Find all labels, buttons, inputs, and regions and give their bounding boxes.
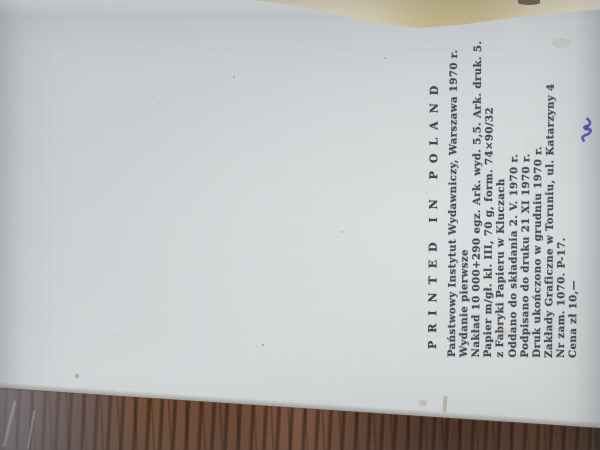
paper-speck (152, 96, 153, 97)
stain (75, 374, 79, 378)
table-gap-notch (518, 0, 540, 5)
colophon-text-block: PRINTED IN POLANDPaństwowy Instytut Wyda… (427, 45, 585, 358)
paper-speck (384, 57, 386, 59)
printed-in-poland-line: PRINTED IN POLAND (427, 45, 441, 349)
stain (552, 38, 570, 48)
paper-speck (305, 141, 306, 142)
paper-speck (341, 231, 343, 233)
paper-speck (262, 344, 264, 346)
colophon-line: Cena zł 10,— (567, 46, 581, 358)
stain (497, 328, 508, 336)
purple-ink-mark (578, 116, 596, 144)
photo-of-book-colophon: PRINTED IN POLANDPaństwowy Instytut Wyda… (0, 0, 600, 450)
stain (419, 400, 427, 406)
paper-speck (84, 201, 85, 202)
paper-speck (233, 76, 235, 78)
paper-speck (540, 205, 542, 207)
paper-speck (118, 333, 119, 335)
